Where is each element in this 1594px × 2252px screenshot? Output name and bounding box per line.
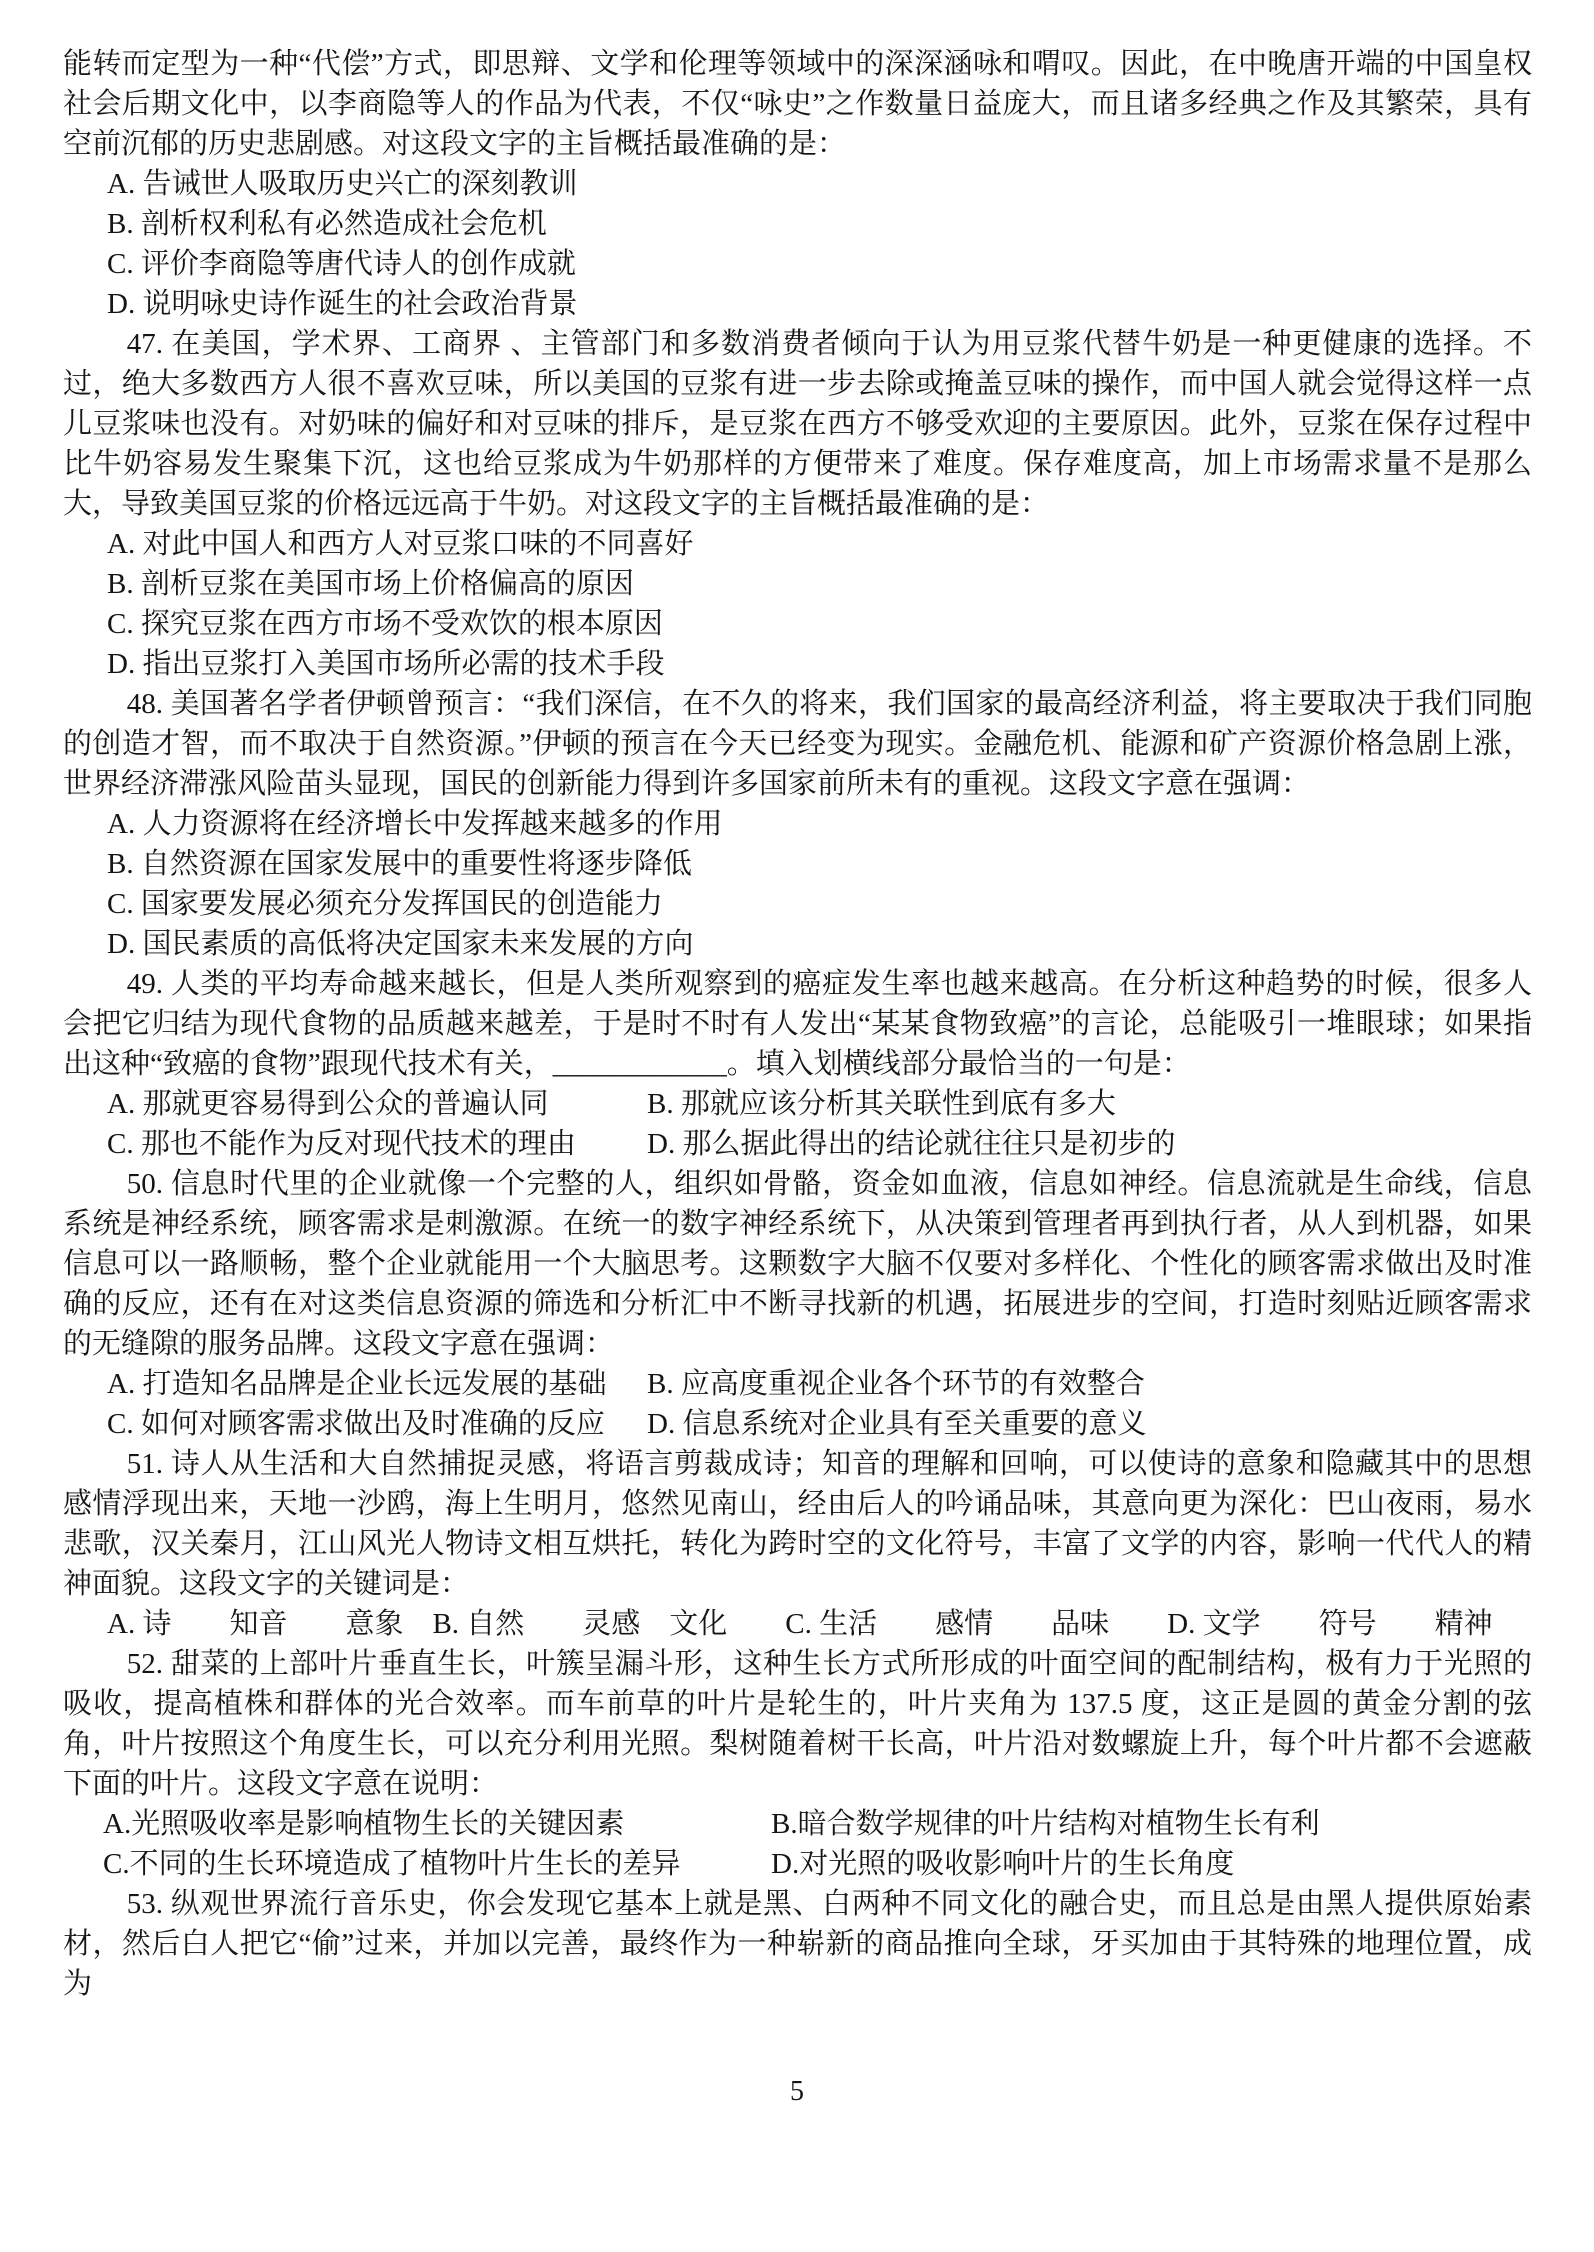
question-51-stem: 51. 诗人从生活和大自然捕捉灵感，将语言剪裁成诗；知音的理解和回响，可以使诗的… (63, 1444, 1532, 1604)
question-49-option-row-1: A. 那就更容易得到公众的普遍认同 B. 那就应该分析其关联性到底有多大 (107, 1084, 1532, 1124)
question-50-option-row-1: A. 打造知名品牌是企业长远发展的基础 B. 应高度重视企业各个环节的有效整合 (107, 1364, 1532, 1404)
question-47-option-d: D. 指出豆浆打入美国市场所必需的技术手段 (107, 644, 1532, 684)
question-49-option-d: D. 那么据此得出的结论就往往只是初步的 (647, 1124, 1175, 1164)
question-49-stem: 49. 人类的平均寿命越来越长，但是人类所观察到的癌症发生率也越来越高。在分析这… (63, 964, 1532, 1084)
question-46-option-a: A. 告诫世人吸取历史兴亡的深刻教训 (107, 164, 1532, 204)
question-49-option-c: C. 那也不能作为反对现代技术的理由 (107, 1124, 647, 1164)
question-48-stem: 48. 美国著名学者伊顿曾预言：“我们深信，在不久的将来，我们国家的最高经济利益… (63, 684, 1532, 804)
question-47-option-c: C. 探究豆浆在西方市场不受欢饮的根本原因 (107, 604, 1532, 644)
question-53-stem: 53. 纵观世界流行音乐史，你会发现它基本上就是黑、白两种不同文化的融合史，而且… (63, 1884, 1532, 2004)
question-50-option-b: B. 应高度重视企业各个环节的有效整合 (647, 1364, 1145, 1404)
question-52-option-b: B.暗合数学规律的叶片结构对植物生长有利 (771, 1804, 1320, 1844)
question-46-option-d: D. 说明咏史诗作诞生的社会政治背景 (107, 284, 1532, 324)
question-52-option-d: D.对光照的吸收影响叶片的生长角度 (771, 1844, 1234, 1884)
question-52-option-a: A.光照吸收率是影响植物生长的关键因素 (103, 1804, 771, 1844)
question-52-option-row-1: A.光照吸收率是影响植物生长的关键因素 B.暗合数学规律的叶片结构对植物生长有利 (103, 1804, 1532, 1844)
question-48-option-b: B. 自然资源在国家发展中的重要性将逐步降低 (107, 844, 1532, 884)
question-50-option-c: C. 如何对顾客需求做出及时准确的反应 (107, 1404, 647, 1444)
question-52-stem: 52. 甜菜的上部叶片垂直生长，叶簇呈漏斗形，这种生长方式所形成的叶面空间的配制… (63, 1644, 1532, 1804)
question-50-option-a: A. 打造知名品牌是企业长远发展的基础 (107, 1364, 647, 1404)
question-49-option-a: A. 那就更容易得到公众的普遍认同 (107, 1084, 647, 1124)
question-49-option-row-2: C. 那也不能作为反对现代技术的理由 D. 那么据此得出的结论就往往只是初步的 (107, 1124, 1532, 1164)
question-50-option-row-2: C. 如何对顾客需求做出及时准确的反应 D. 信息系统对企业具有至关重要的意义 (107, 1404, 1532, 1444)
question-47-option-b: B. 剖析豆浆在美国市场上价格偏高的原因 (107, 564, 1532, 604)
question-52-option-c: C.不同的生长环境造成了植物叶片生长的差异 (103, 1844, 771, 1884)
question-48-option-c: C. 国家要发展必须充分发挥国民的创造能力 (107, 884, 1532, 924)
page-content: 能转而定型为一种“代偿”方式，即思辩、文学和伦理等领域中的深深涵咏和喟叹。因此，… (0, 0, 1594, 2004)
exam-document-page: 能转而定型为一种“代偿”方式，即思辩、文学和伦理等领域中的深深涵咏和喟叹。因此，… (0, 0, 1594, 2252)
question-47-stem: 47. 在美国，学术界、工商界 、主管部门和多数消费者倾向于认为用豆浆代替牛奶是… (63, 324, 1532, 524)
question-49-option-b: B. 那就应该分析其关联性到底有多大 (647, 1084, 1116, 1124)
question-46-option-c: C. 评价李商隐等唐代诗人的创作成就 (107, 244, 1532, 284)
question-50-option-d: D. 信息系统对企业具有至关重要的意义 (647, 1404, 1146, 1444)
question-47-option-a: A. 对此中国人和西方人对豆浆口味的不同喜好 (107, 524, 1532, 564)
question-46-option-b: B. 剖析权利私有必然造成社会危机 (107, 204, 1532, 244)
question-46-stem-continuation: 能转而定型为一种“代偿”方式，即思辩、文学和伦理等领域中的深深涵咏和喟叹。因此，… (63, 44, 1532, 164)
question-51-options-row: A. 诗 知音 意象 B. 自然 灵感 文化 C. 生活 感情 品味 D. 文学… (107, 1604, 1532, 1644)
question-48-option-a: A. 人力资源将在经济增长中发挥越来越多的作用 (107, 804, 1532, 844)
question-50-stem: 50. 信息时代里的企业就像一个完整的人，组织如骨骼，资金如血液，信息如神经。信… (63, 1164, 1532, 1364)
question-52-option-row-2: C.不同的生长环境造成了植物叶片生长的差异 D.对光照的吸收影响叶片的生长角度 (103, 1844, 1532, 1884)
page-number: 5 (0, 2074, 1594, 2110)
question-48-option-d: D. 国民素质的高低将决定国家未来发展的方向 (107, 924, 1532, 964)
